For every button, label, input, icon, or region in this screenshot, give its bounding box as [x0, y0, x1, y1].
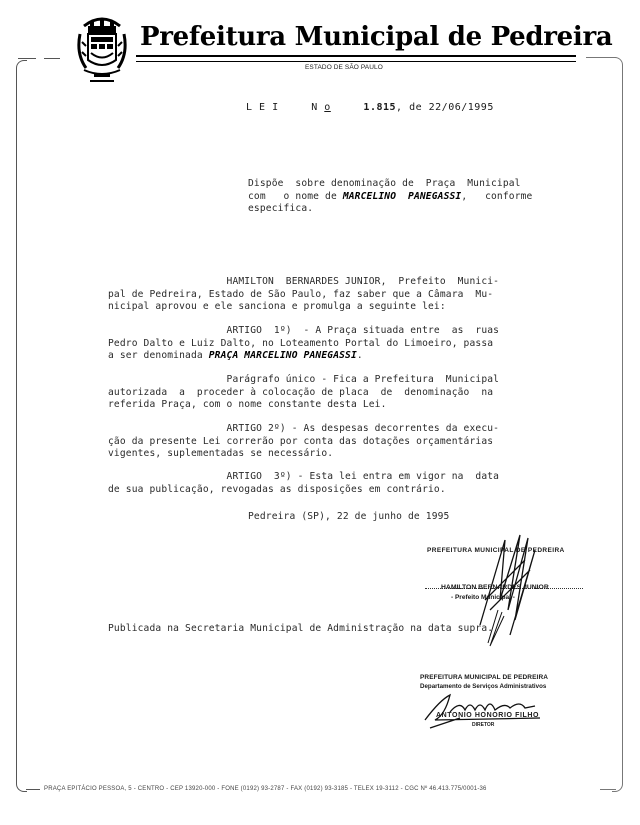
article-2: ARTIGO 2º) - As despesas decorrentes da … [108, 423, 499, 461]
sole-paragraph: Parágrafo único - Fica a Prefeitura Muni… [108, 374, 499, 412]
frame-line [26, 789, 40, 790]
publication-note: Publicada na Secretaria Municipal de Adm… [108, 623, 493, 636]
coat-of-arms-icon [74, 12, 130, 88]
article-3: ARTIGO 3º) - Esta lei entra em vigor na … [108, 471, 499, 496]
signer-role: - Prefeito Municipal - [451, 594, 515, 601]
law-summary: Dispõe sobre denominação de Praça Munici… [248, 178, 532, 216]
article-1: ARTIGO 1º) - A Praça situada entre as ru… [108, 325, 499, 363]
signing-date: Pedreira (SP), 22 de junho de 1995 [248, 511, 449, 524]
summary-line: Dispõe sobre denominação de Praça Munici… [248, 178, 521, 189]
signer-name: HAMILTON BERNARDES JUNIOR [441, 584, 549, 591]
frame-line [600, 789, 616, 790]
frame-right-border [612, 57, 623, 792]
state-subtitle: ESTADO DE SÃO PAULO [305, 64, 383, 71]
director-signature-block: PREFEITURA MUNICIPAL DE PEDREIRA Departa… [418, 674, 598, 734]
preamble-paragraph: HAMILTON BERNARDES JUNIOR, Prefeito Muni… [108, 276, 499, 314]
summary-line: especifica. [248, 203, 313, 214]
law-number: 1.815 [363, 102, 396, 113]
signer-role: DIRETOR [472, 722, 494, 728]
number-label: N [311, 102, 318, 113]
summary-text: , conforme [461, 191, 532, 202]
summary-text: com o nome de [248, 191, 343, 202]
page-title: Prefeitura Municipal de Pedreira [140, 22, 612, 52]
frame-line [44, 58, 60, 59]
signature-org: PREFEITURA MUNICIPAL DE PEDREIRA [420, 674, 548, 681]
mayor-signature-block: PREFEITURA MUNICIPAL DE PEDREIRA HAMILTO… [425, 540, 595, 620]
square-name: PRAÇA MARCELINO PANEGASSI [209, 350, 357, 361]
footer-address: PRAÇA EPITÁCIO PESSOA, 5 - CENTRO - CEP … [44, 786, 487, 792]
frame-left-border [16, 60, 27, 792]
number-ordinal: o [324, 102, 331, 113]
title-rule [136, 55, 576, 62]
signature-dept: Departamento de Serviços Administrativos [420, 683, 546, 690]
law-label: L E I [246, 102, 279, 113]
signer-name: ANTONIO HONORIO FILHO [436, 712, 539, 719]
frame-line [18, 58, 36, 59]
law-number-line: L E I N o 1.815, de 22/06/1995 [246, 102, 494, 113]
signature-org: PREFEITURA MUNICIPAL DE PEDREIRA [427, 547, 565, 554]
square-name: MARCELINO PANEGASSI [343, 191, 462, 202]
law-date: , de 22/06/1995 [396, 102, 494, 113]
article-1-text: . [357, 350, 363, 361]
